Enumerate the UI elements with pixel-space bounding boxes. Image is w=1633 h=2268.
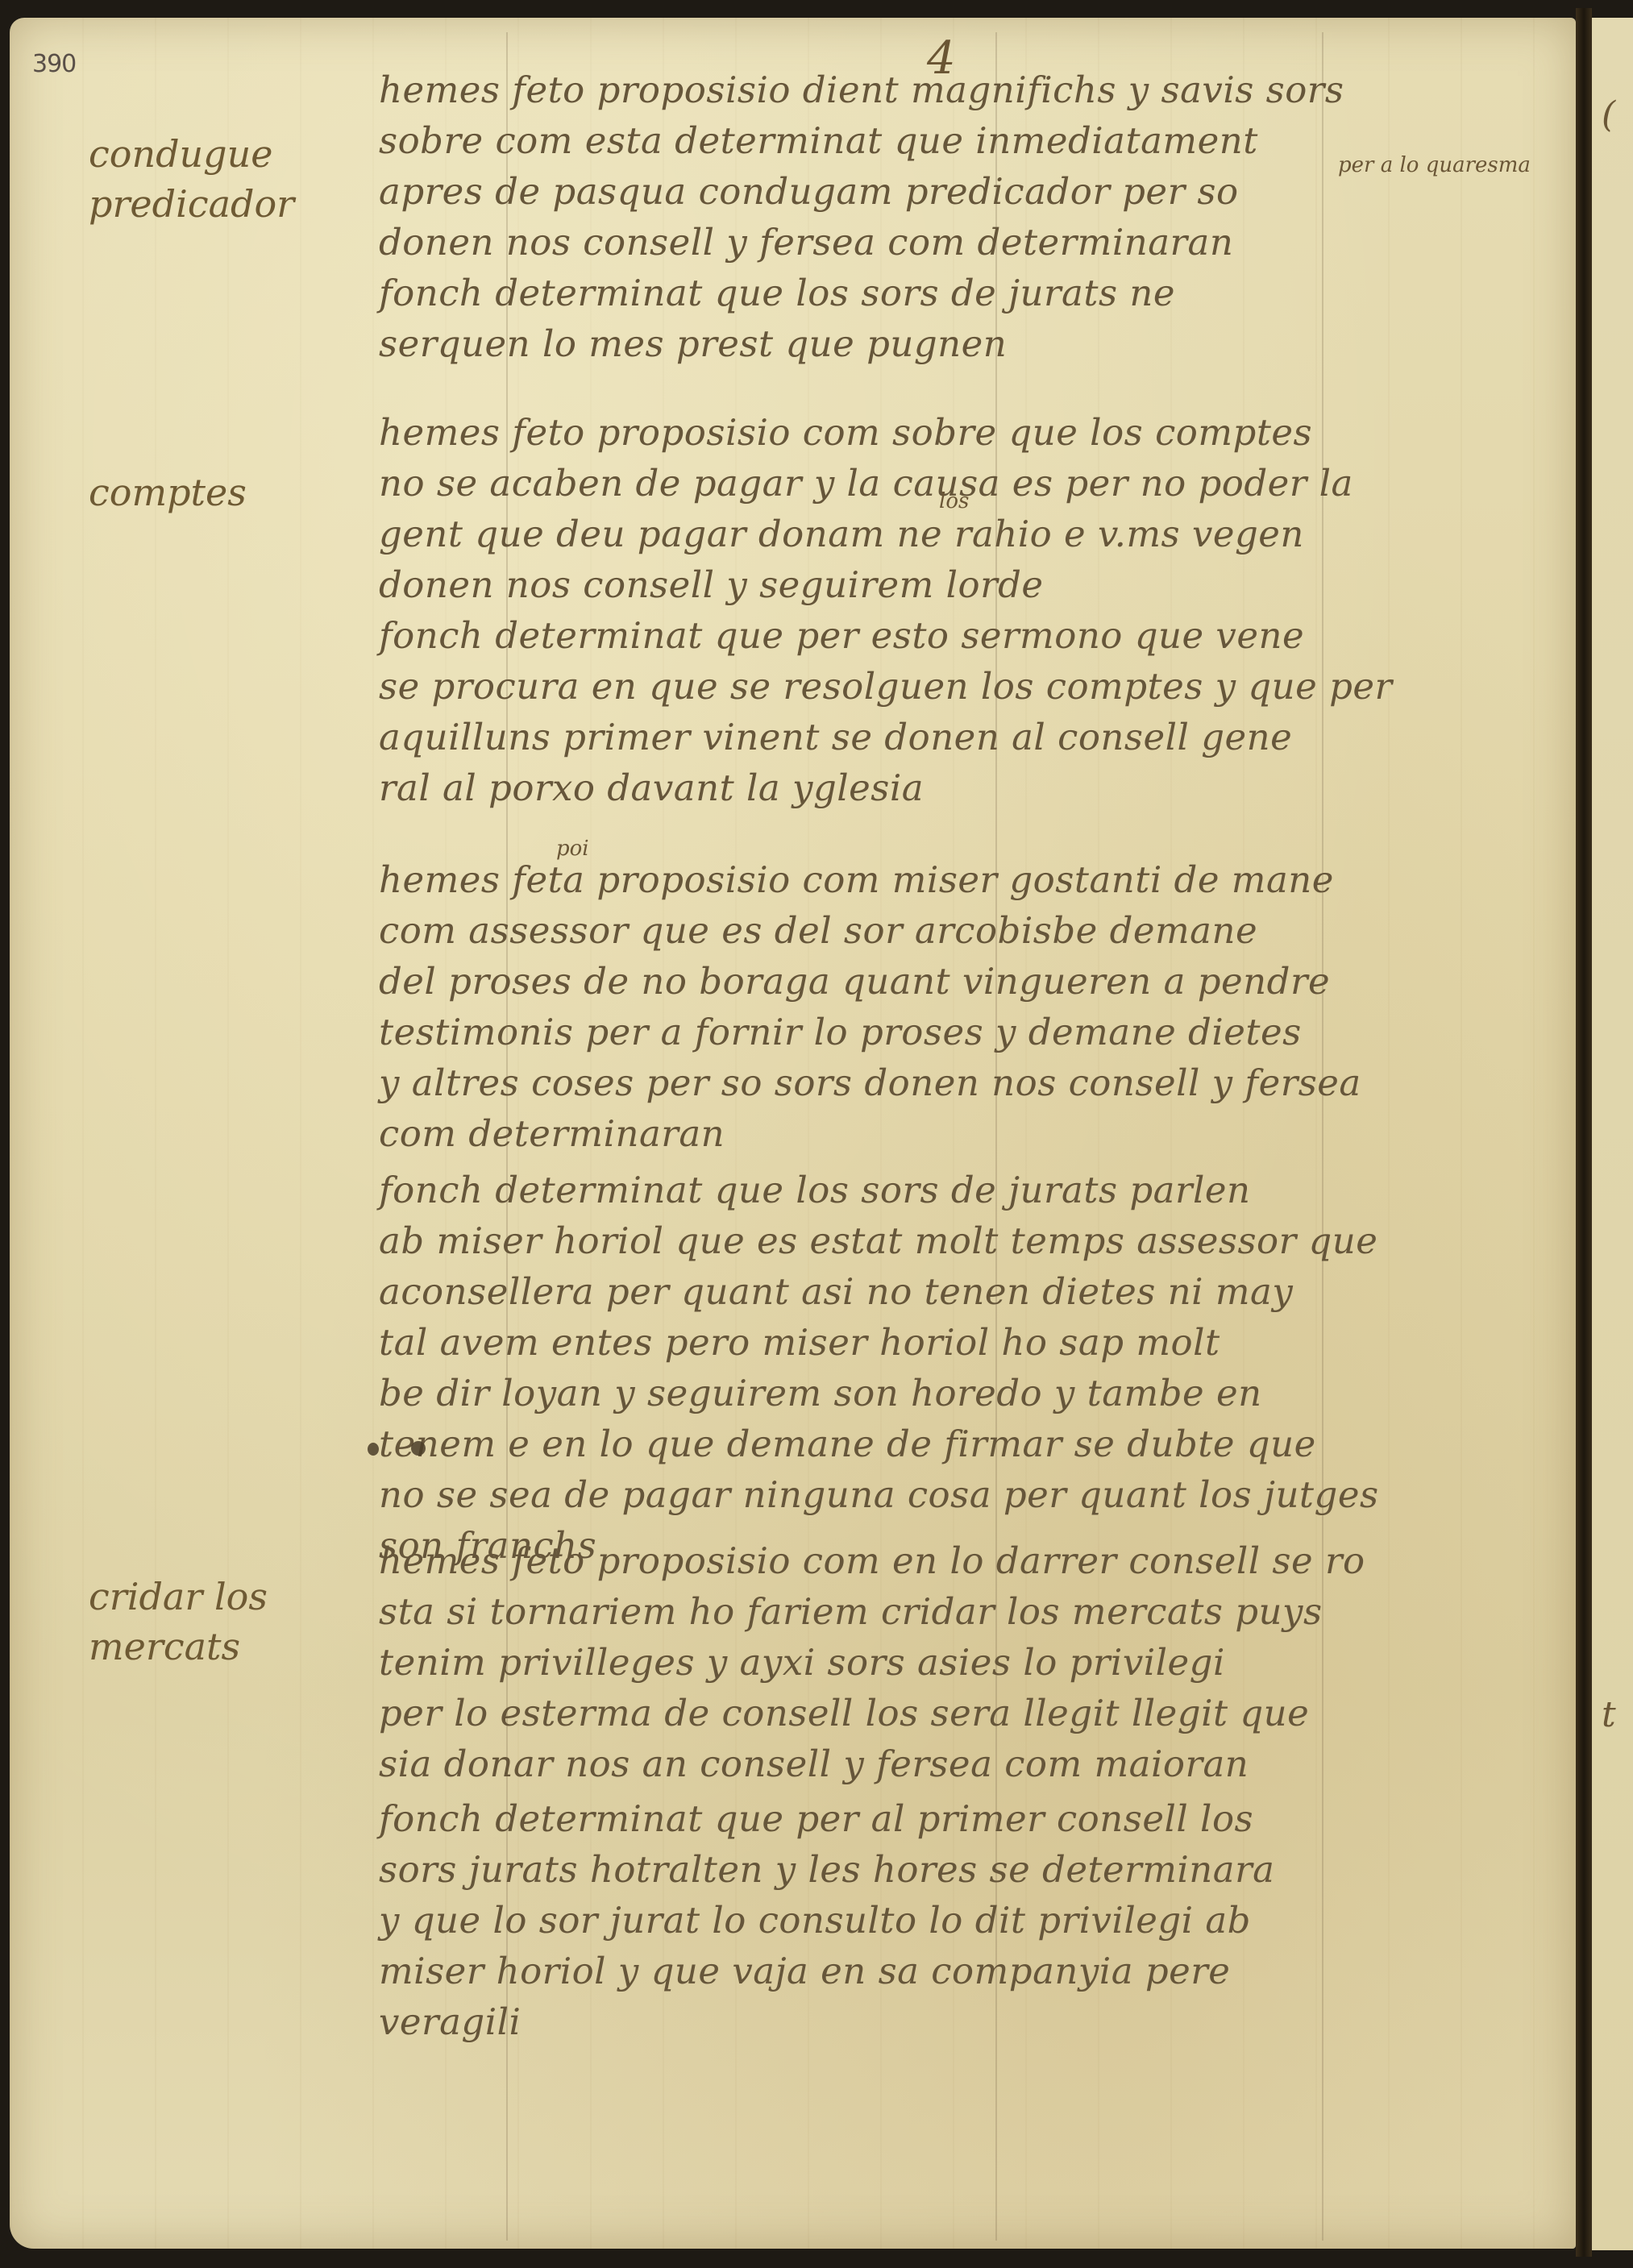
text-line: be dir loyan y seguirem son horedo y tam…	[379, 1368, 1564, 1419]
text-line: veragili	[379, 1996, 1564, 2047]
text-line: hemes feto proposisio dient magnifichs y…	[379, 64, 1564, 115]
interlinear-insertion: poi	[556, 837, 589, 861]
text-line: fonch determinat que per esto sermono qu…	[379, 610, 1564, 661]
text-line: miser horiol y que vaja en sa companyia …	[379, 1946, 1564, 1996]
text-line: serquen lo mes prest que pugnen	[379, 318, 1564, 369]
text-line: no se sea de pagar ninguna cosa per quan…	[379, 1469, 1564, 1520]
text-line: hemes feto proposisio com sobre que los …	[379, 407, 1564, 458]
entry-miser-horiol: fonch determinat que los sors de jurats …	[379, 1165, 1564, 1571]
text-line: aconsellera per quant asi no tenen diete…	[379, 1266, 1564, 1317]
text-line: aquilluns primer vinent se donen al cons…	[379, 712, 1564, 762]
margin-note-comptes: comptes	[89, 467, 355, 517]
ink-blot	[411, 1441, 426, 1456]
margin-note-line: mercats	[89, 1622, 355, 1672]
margin-note-line: predicador	[89, 179, 355, 229]
text-line: y que lo sor jurat lo consulto lo dit pr…	[379, 1895, 1564, 1946]
text-line: se procura en que se resolguen los compt…	[379, 661, 1564, 712]
text-line: sors jurats hotralten y les hores se det…	[379, 1844, 1564, 1895]
entry-predicador: hemes feto proposisio dient magnifichs y…	[379, 64, 1564, 369]
text-line: tenem e en lo que demane de firmar se du…	[379, 1419, 1564, 1469]
text-line: fonch determinat que per al primer conse…	[379, 1793, 1564, 1844]
interlinear-insertion: los	[939, 489, 969, 513]
text-line: donen nos consell y fersea com determina…	[379, 217, 1564, 268]
text-line: tenim privilleges y ayxi sors asies lo p…	[379, 1637, 1564, 1688]
text-line: ral al porxo davant la yglesia	[379, 762, 1564, 813]
text-line: hemes feta proposisio com miser gostanti…	[379, 854, 1564, 905]
text-line: gent que deu pagar donam ne rahio e v.ms…	[379, 509, 1564, 559]
entry-miser-gostanti: hemes feta proposisio com miser gostanti…	[379, 854, 1564, 1159]
text-line: per lo esterma de consell los sera llegi…	[379, 1688, 1564, 1738]
text-line: sia donar nos an consell y fersea com ma…	[379, 1738, 1564, 1789]
text-line: ab miser horiol que es estat molt temps …	[379, 1215, 1564, 1266]
text-line: fonch determinat que los sors de jurats …	[379, 268, 1564, 318]
margin-note-line: cridar los	[89, 1572, 355, 1622]
folio-number: 390	[32, 50, 76, 78]
text-line: del proses de no boraga quant vingueren …	[379, 956, 1564, 1007]
text-line: fonch determinat que los sors de jurats …	[379, 1165, 1564, 1215]
text-line: donen nos consell y seguirem lorde	[379, 559, 1564, 610]
margin-note-line: comptes	[89, 467, 355, 517]
margin-note-condugue-predicador: condugue predicador	[89, 129, 355, 229]
text-line: com assessor que es del sor arcobisbe de…	[379, 905, 1564, 956]
ink-blot	[368, 1443, 379, 1456]
text-line: hemes feto proposisio com en lo darrer c…	[379, 1535, 1564, 1586]
entry-comptes: hemes feto proposisio com sobre que los …	[379, 407, 1564, 813]
text-line: y altres coses per so sors donen nos con…	[379, 1057, 1564, 1108]
adjacent-page-glyph: (	[1602, 94, 1615, 135]
text-line: com determinaran	[379, 1108, 1564, 1159]
interlinear-insertion: per a lo quaresma	[1338, 153, 1531, 177]
margin-note-cridar-mercats: cridar los mercats	[89, 1572, 355, 1672]
text-line: sta si tornariem ho fariem cridar los me…	[379, 1586, 1564, 1637]
binding-gutter	[1576, 8, 1592, 2257]
text-line: tal avem entes pero miser horiol ho sap …	[379, 1317, 1564, 1368]
adjacent-page-edge: ( t	[1592, 18, 1633, 2250]
entry-privilegi: fonch determinat que per al primer conse…	[379, 1793, 1564, 2047]
text-line: no se acaben de pagar y la causa es per …	[379, 458, 1564, 509]
adjacent-page-glyph: t	[1602, 1694, 1616, 1735]
entry-cridar-mercats: hemes feto proposisio com en lo darrer c…	[379, 1535, 1564, 1789]
margin-note-line: condugue	[89, 129, 355, 179]
text-line: testimonis per a fornir lo proses y dema…	[379, 1007, 1564, 1057]
